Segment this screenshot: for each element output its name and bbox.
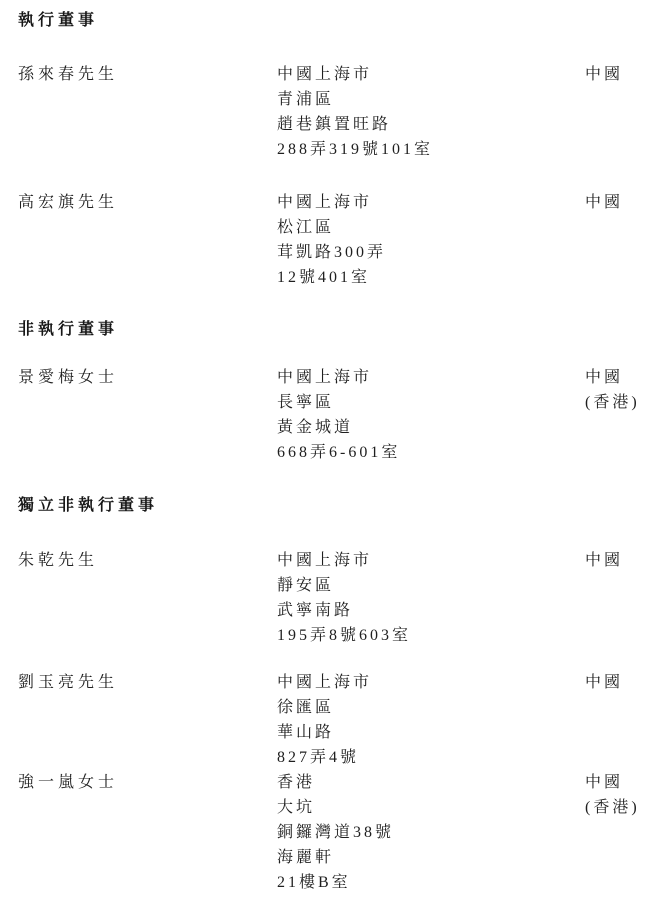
director-nationality: 中國 (585, 62, 642, 87)
address-line: 武寧南路 (277, 598, 585, 623)
address-line: 827弄4號 (277, 745, 585, 770)
director-address: 中國上海市 松江區 茸凱路300弄 12號401室 (277, 190, 585, 290)
director-nationality: 中國 (585, 548, 642, 573)
director-address: 中國上海市 徐匯區 華山路 827弄4號 (277, 670, 585, 770)
nationality-line: 中國 (585, 548, 642, 573)
section-heading-non-executive-directors: 非執行董事 (18, 317, 642, 342)
address-line: 徐匯區 (277, 695, 585, 720)
address-line: 靜安區 (277, 573, 585, 598)
section-non-executive-directors: 非執行董事 景愛梅女士 中國上海市 長寧區 黃金城道 668弄6-601室 中國… (18, 317, 642, 465)
section-executive-directors: 執行董事 孫來春先生 中國上海市 青浦區 趙巷鎮置旺路 288弄319號101室… (18, 8, 642, 290)
director-nationality: 中國 (香港) (585, 770, 642, 820)
address-line: 中國上海市 (277, 548, 585, 573)
director-name: 高宏旗先生 (18, 190, 277, 215)
address-line: 趙巷鎮置旺路 (277, 112, 585, 137)
director-name: 孫來春先生 (18, 62, 277, 87)
director-name: 朱乾先生 (18, 548, 277, 573)
address-line: 中國上海市 (277, 365, 585, 390)
director-nationality: 中國 (585, 190, 642, 215)
address-line: 大坑 (277, 795, 585, 820)
address-line: 中國上海市 (277, 190, 585, 215)
nationality-line: 中國 (585, 62, 642, 87)
director-entry: 劉玉亮先生 中國上海市 徐匯區 華山路 827弄4號 中國 (18, 670, 642, 770)
address-line: 茸凱路300弄 (277, 240, 585, 265)
director-name: 強一嵐女士 (18, 770, 277, 795)
address-line: 中國上海市 (277, 670, 585, 695)
director-address: 中國上海市 靜安區 武寧南路 195弄8號603室 (277, 548, 585, 648)
address-line: 黃金城道 (277, 415, 585, 440)
nationality-line: 中國 (585, 670, 642, 695)
section-heading-independent-non-executive-directors: 獨立非執行董事 (18, 493, 642, 518)
nationality-line: 中國 (585, 190, 642, 215)
director-nationality: 中國 (585, 670, 642, 695)
section-independent-non-executive-directors: 獨立非執行董事 朱乾先生 中國上海市 靜安區 武寧南路 195弄8號603室 中… (18, 493, 642, 895)
director-address: 中國上海市 長寧區 黃金城道 668弄6-601室 (277, 365, 585, 465)
address-line: 青浦區 (277, 87, 585, 112)
address-line: 21樓B室 (277, 870, 585, 895)
address-line: 195弄8號603室 (277, 623, 585, 648)
director-entry: 孫來春先生 中國上海市 青浦區 趙巷鎮置旺路 288弄319號101室 中國 (18, 62, 642, 162)
director-nationality: 中國 (香港) (585, 365, 642, 415)
address-line: 668弄6-601室 (277, 440, 585, 465)
director-address: 中國上海市 青浦區 趙巷鎮置旺路 288弄319號101室 (277, 62, 585, 162)
nationality-line: 中國 (585, 770, 642, 795)
address-line: 長寧區 (277, 390, 585, 415)
address-line: 海麗軒 (277, 845, 585, 870)
address-line: 銅鑼灣道38號 (277, 820, 585, 845)
director-name: 劉玉亮先生 (18, 670, 277, 695)
director-entry: 朱乾先生 中國上海市 靜安區 武寧南路 195弄8號603室 中國 (18, 548, 642, 648)
nationality-line: 中國 (585, 365, 642, 390)
nationality-line: (香港) (585, 390, 642, 415)
director-address: 香港 大坑 銅鑼灣道38號 海麗軒 21樓B室 (277, 770, 585, 895)
nationality-line: (香港) (585, 795, 642, 820)
address-line: 288弄319號101室 (277, 137, 585, 162)
document-page: 執行董事 孫來春先生 中國上海市 青浦區 趙巷鎮置旺路 288弄319號101室… (0, 0, 660, 916)
address-line: 12號401室 (277, 265, 585, 290)
address-line: 香港 (277, 770, 585, 795)
director-name: 景愛梅女士 (18, 365, 277, 390)
director-entry: 高宏旗先生 中國上海市 松江區 茸凱路300弄 12號401室 中國 (18, 190, 642, 290)
address-line: 中國上海市 (277, 62, 585, 87)
address-line: 松江區 (277, 215, 585, 240)
director-entry: 強一嵐女士 香港 大坑 銅鑼灣道38號 海麗軒 21樓B室 中國 (香港) (18, 770, 642, 895)
address-line: 華山路 (277, 720, 585, 745)
director-entry: 景愛梅女士 中國上海市 長寧區 黃金城道 668弄6-601室 中國 (香港) (18, 365, 642, 465)
section-heading-executive-directors: 執行董事 (18, 8, 642, 33)
